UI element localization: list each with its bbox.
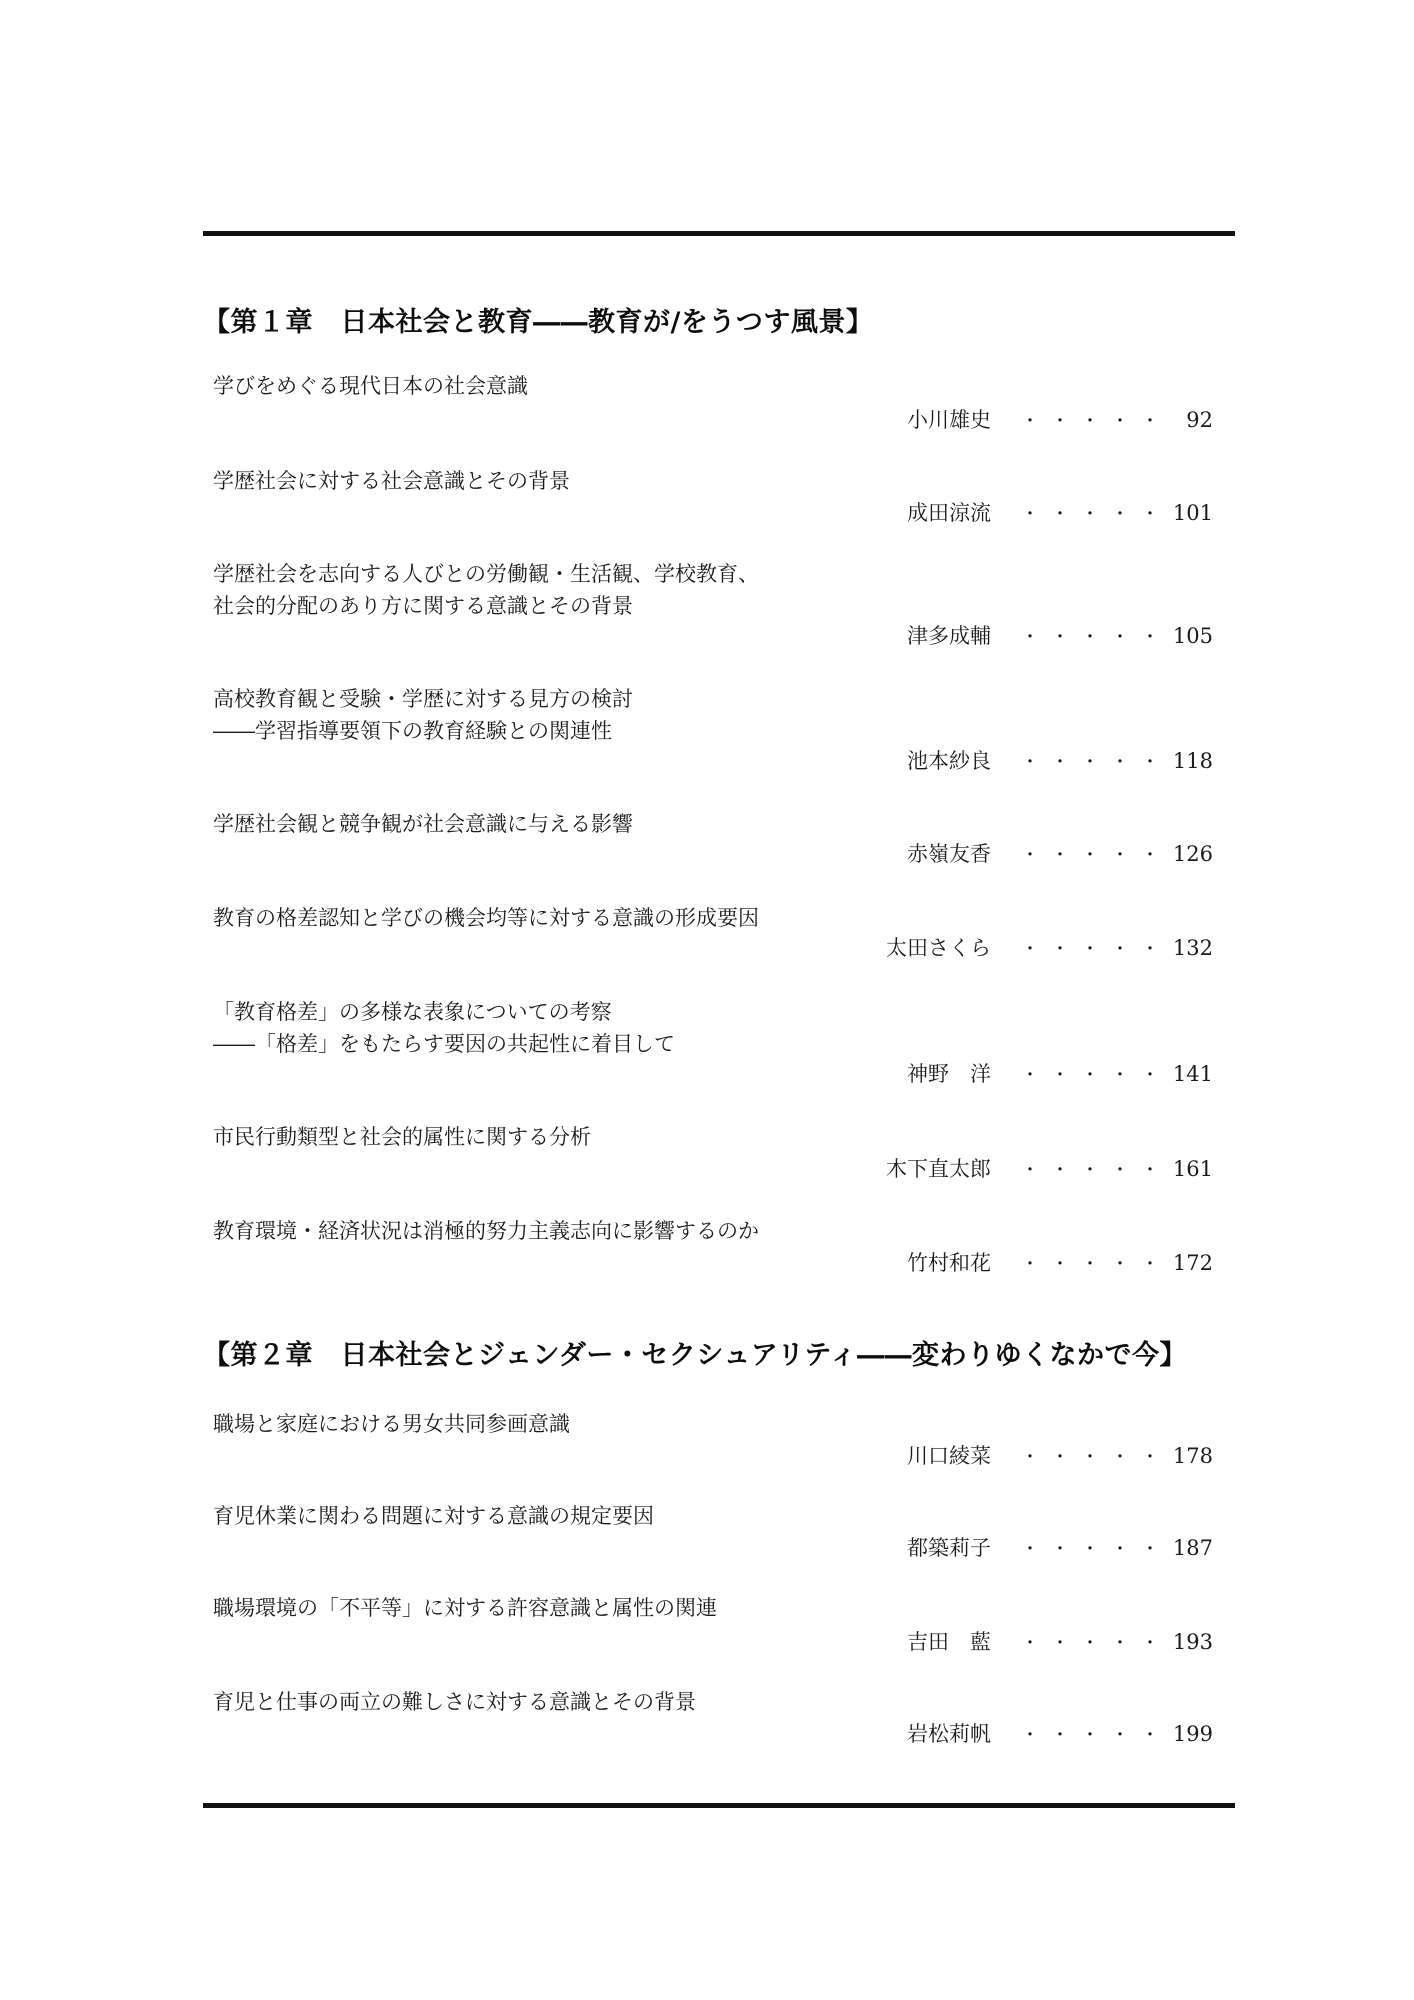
entry-page-number: 161 [1171,1153,1213,1185]
entry-byline: 小川雄史・・・・・92 [907,404,1213,438]
entry-page-number: 118 [1171,745,1213,777]
entry-title: 市民行動類型と社会的属性に関する分析 [213,1121,1213,1153]
entry-author: 津多成輔 [907,620,991,652]
dot-leader: ・・・・・ [1021,1060,1171,1092]
dot-leader: ・・・・・ [1021,1442,1171,1474]
toc-entry: 育児休業に関わる問題に対する意識の規定要因都築莉子・・・・・187 [213,1500,1213,1532]
entry-title: 職場環境の「不平等」に対する許容意識と属性の関連 [213,1592,1213,1624]
dot-leader: ・・・・・ [1021,499,1171,531]
entry-page-number: 199 [1171,1718,1213,1750]
entry-title: 学歴社会を志向する人びとの労働観・生活観、学校教育、 [213,558,1213,590]
entry-author: 川口綾菜 [907,1440,991,1472]
entry-author: 成田涼流 [907,497,991,529]
entry-title: ――「格差」をもたらす要因の共起性に着目して [213,1028,1213,1060]
entry-page-number: 187 [1171,1532,1213,1564]
entry-title: 職場と家庭における男女共同参画意識 [213,1408,1213,1440]
entry-page-number: 92 [1171,404,1213,436]
dot-leader: ・・・・・ [1021,622,1171,654]
entry-title: 育児休業に関わる問題に対する意識の規定要因 [213,1500,1213,1532]
entry-title: 育児と仕事の両立の難しさに対する意識とその背景 [213,1686,1213,1718]
chapter-heading: 【第２章 日本社会とジェンダー・セクシュアリティ――変わりゆくなかで今】 [203,1333,1187,1372]
entry-author: 竹村和花 [907,1247,991,1279]
entry-byline: 木下直太郎・・・・・161 [886,1153,1213,1187]
entry-title: 教育環境・経済状況は消極的努力主義志向に影響するのか [213,1215,1213,1247]
entry-byline: 吉田 藍・・・・・193 [907,1626,1213,1660]
toc-entry: 学びをめぐる現代日本の社会意識小川雄史・・・・・92 [213,370,1213,402]
toc-entry: 職場環境の「不平等」に対する許容意識と属性の関連吉田 藍・・・・・193 [213,1592,1213,1624]
dot-leader: ・・・・・ [1021,1720,1171,1752]
entry-page-number: 193 [1171,1626,1213,1658]
entry-byline: 津多成輔・・・・・105 [907,620,1213,654]
entry-byline: 川口綾菜・・・・・178 [907,1440,1213,1474]
toc-entry: 教育環境・経済状況は消極的努力主義志向に影響するのか竹村和花・・・・・172 [213,1215,1213,1247]
entry-byline: 神野 洋・・・・・141 [907,1058,1213,1092]
entry-byline: 都築莉子・・・・・187 [907,1532,1213,1566]
toc-entry: 学歴社会に対する社会意識とその背景成田涼流・・・・・101 [213,465,1213,497]
entry-title: ――学習指導要領下の教育経験との関連性 [213,715,1213,747]
toc-entry: 教育の格差認知と学びの機会均等に対する意識の形成要因太田さくら・・・・・132 [213,902,1213,934]
entry-byline: 赤嶺友香・・・・・126 [907,838,1213,872]
toc-entry: 学歴社会を志向する人びとの労働観・生活観、学校教育、社会的分配のあり方に関する意… [213,558,1213,622]
entry-author: 岩松莉帆 [907,1718,991,1750]
toc-entry: 職場と家庭における男女共同参画意識川口綾菜・・・・・178 [213,1408,1213,1440]
entry-byline: 池本紗良・・・・・118 [907,745,1213,779]
dot-leader: ・・・・・ [1021,747,1171,779]
entry-title: 「教育格差」の多様な表象についての考察 [213,996,1213,1028]
dot-leader: ・・・・・ [1021,1249,1171,1281]
top-rule [203,231,1235,236]
entry-author: 吉田 藍 [907,1626,991,1658]
entry-title: 社会的分配のあり方に関する意識とその背景 [213,590,1213,622]
dot-leader: ・・・・・ [1021,1628,1171,1660]
toc-entry: 市民行動類型と社会的属性に関する分析木下直太郎・・・・・161 [213,1121,1213,1153]
entry-author: 太田さくら [886,932,991,964]
dot-leader: ・・・・・ [1021,934,1171,966]
dot-leader: ・・・・・ [1021,1534,1171,1566]
entry-author: 木下直太郎 [886,1153,991,1185]
entry-author: 小川雄史 [907,404,991,436]
entry-page-number: 126 [1171,838,1213,870]
entry-page-number: 178 [1171,1440,1213,1472]
toc-entry: 「教育格差」の多様な表象についての考察――「格差」をもたらす要因の共起性に着目し… [213,996,1213,1060]
dot-leader: ・・・・・ [1021,840,1171,872]
toc-entry: 育児と仕事の両立の難しさに対する意識とその背景岩松莉帆・・・・・199 [213,1686,1213,1718]
entry-author: 赤嶺友香 [907,838,991,870]
entry-title: 学びをめぐる現代日本の社会意識 [213,370,1213,402]
entry-page-number: 101 [1171,497,1213,529]
entry-author: 池本紗良 [907,745,991,777]
entry-author: 神野 洋 [907,1058,991,1090]
toc-entry: 高校教育観と受験・学歴に対する見方の検討――学習指導要領下の教育経験との関連性池… [213,683,1213,747]
entry-byline: 成田涼流・・・・・101 [907,497,1213,531]
entry-byline: 岩松莉帆・・・・・199 [907,1718,1213,1752]
entry-page-number: 105 [1171,620,1213,652]
bottom-rule [203,1803,1235,1808]
entry-title: 学歴社会に対する社会意識とその背景 [213,465,1213,497]
entry-title: 学歴社会観と競争観が社会意識に与える影響 [213,808,1213,840]
toc-entry: 学歴社会観と競争観が社会意識に与える影響赤嶺友香・・・・・126 [213,808,1213,840]
entry-page-number: 132 [1171,932,1213,964]
chapter-heading: 【第１章 日本社会と教育――教育が/をうつす風景】 [203,300,873,339]
dot-leader: ・・・・・ [1021,406,1171,438]
entry-page-number: 141 [1171,1058,1213,1090]
entry-author: 都築莉子 [907,1532,991,1564]
entry-title: 教育の格差認知と学びの機会均等に対する意識の形成要因 [213,902,1213,934]
entry-title: 高校教育観と受験・学歴に対する見方の検討 [213,683,1213,715]
entry-byline: 太田さくら・・・・・132 [886,932,1213,966]
entry-page-number: 172 [1171,1247,1213,1279]
dot-leader: ・・・・・ [1021,1155,1171,1187]
entry-byline: 竹村和花・・・・・172 [907,1247,1213,1281]
